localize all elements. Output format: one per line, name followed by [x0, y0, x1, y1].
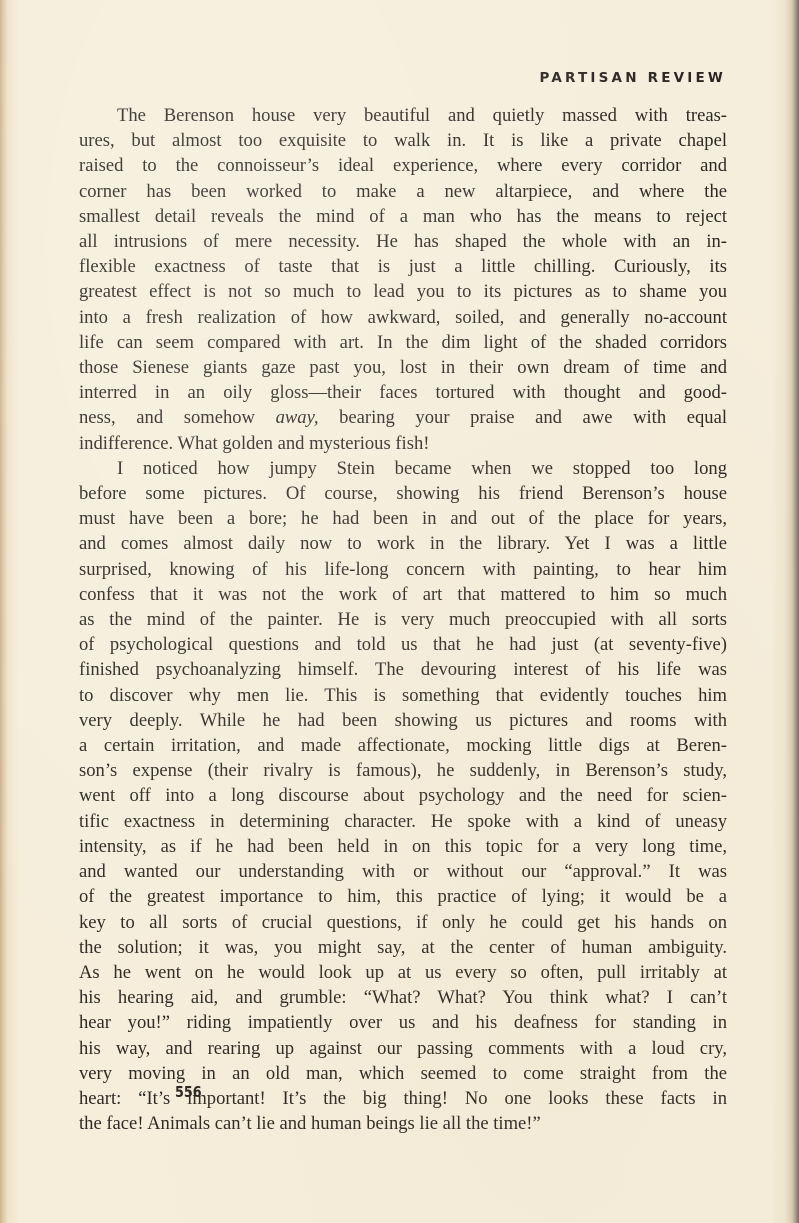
text-line-with-italic: ness, and somehow away, bearing your pra… — [79, 405, 727, 430]
body-text: The Berenson house very beautiful and qu… — [79, 103, 727, 1136]
page-number: 556 — [175, 1083, 202, 1101]
text-line: raised to the connoisseur’s ideal experi… — [79, 153, 727, 178]
text-line: tific exactness in determining character… — [79, 809, 727, 834]
text-line: key to all sorts of crucial questions, i… — [79, 910, 727, 935]
text-line: and wanted our understanding with or wit… — [79, 859, 727, 884]
text-line: indifference. What golden and mysterious… — [79, 431, 727, 456]
text-line: very deeply. While he had been showing u… — [79, 708, 727, 733]
text-line: went off into a long discourse about psy… — [79, 783, 727, 808]
text-line: before some pictures. Of course, showing… — [79, 481, 727, 506]
text-line: of psychological questions and told us t… — [79, 632, 727, 657]
text-line: hear you!” riding impatiently over us an… — [79, 1010, 727, 1035]
text-line: life can seem compared with art. In the … — [79, 330, 727, 355]
text-line: must have been a bore; he had been in an… — [79, 506, 727, 531]
text-line: a certain irritation, and made affection… — [79, 733, 727, 758]
text-line: intensity, as if he had been held in on … — [79, 834, 727, 859]
text-line: into a fresh realization of how awkward,… — [79, 305, 727, 330]
text-line: his way, and rearing up against our pass… — [79, 1036, 727, 1061]
paragraph-1: The Berenson house very beautiful and qu… — [79, 103, 727, 456]
text-line: the face! Animals can’t lie and human be… — [79, 1111, 727, 1136]
text-run: bearing your praise and awe with equal — [318, 407, 727, 428]
text-line: corner has been worked to make a new alt… — [79, 179, 727, 204]
text-line: interred in an oily gloss—their faces to… — [79, 380, 727, 405]
text-line: all intrusions of mere necessity. He has… — [79, 229, 727, 254]
text-line: confess that it was not the work of art … — [79, 582, 727, 607]
text-line: flexible exactness of taste that is just… — [79, 254, 727, 279]
text-line: I noticed how jumpy Stein became when we… — [79, 456, 727, 481]
text-line: son’s expense (their rivalry is famous),… — [79, 758, 727, 783]
book-page: PARTISAN REVIEW The Berenson house very … — [0, 0, 799, 1223]
text-line: of the greatest importance to him, this … — [79, 884, 727, 909]
italic-word: away, — [276, 407, 319, 428]
running-head: PARTISAN REVIEW — [540, 70, 727, 86]
text-line: those Sienese giants gaze past you, lost… — [79, 355, 727, 380]
text-line: his hearing aid, and grumble: “What? Wha… — [79, 985, 727, 1010]
text-run: ness, and somehow — [79, 407, 276, 428]
text-line: the solution; it was, you might say, at … — [79, 935, 727, 960]
text-line: smallest detail reveals the mind of a ma… — [79, 204, 727, 229]
text-line: to discover why men lie. This is somethi… — [79, 683, 727, 708]
text-line: finished psychoanalyzing himself. The de… — [79, 657, 727, 682]
text-line: as the mind of the painter. He is very m… — [79, 607, 727, 632]
text-line: greatest effect is not so much to lead y… — [79, 279, 727, 304]
paragraph-2: I noticed how jumpy Stein became when we… — [79, 456, 727, 1136]
text-line: ures, but almost too exquisite to walk i… — [79, 128, 727, 153]
text-line: surprised, knowing of his life-long conc… — [79, 557, 727, 582]
text-line: The Berenson house very beautiful and qu… — [79, 103, 727, 128]
text-line: As he went on he would look up at us eve… — [79, 960, 727, 985]
text-line: and comes almost daily now to work in th… — [79, 531, 727, 556]
